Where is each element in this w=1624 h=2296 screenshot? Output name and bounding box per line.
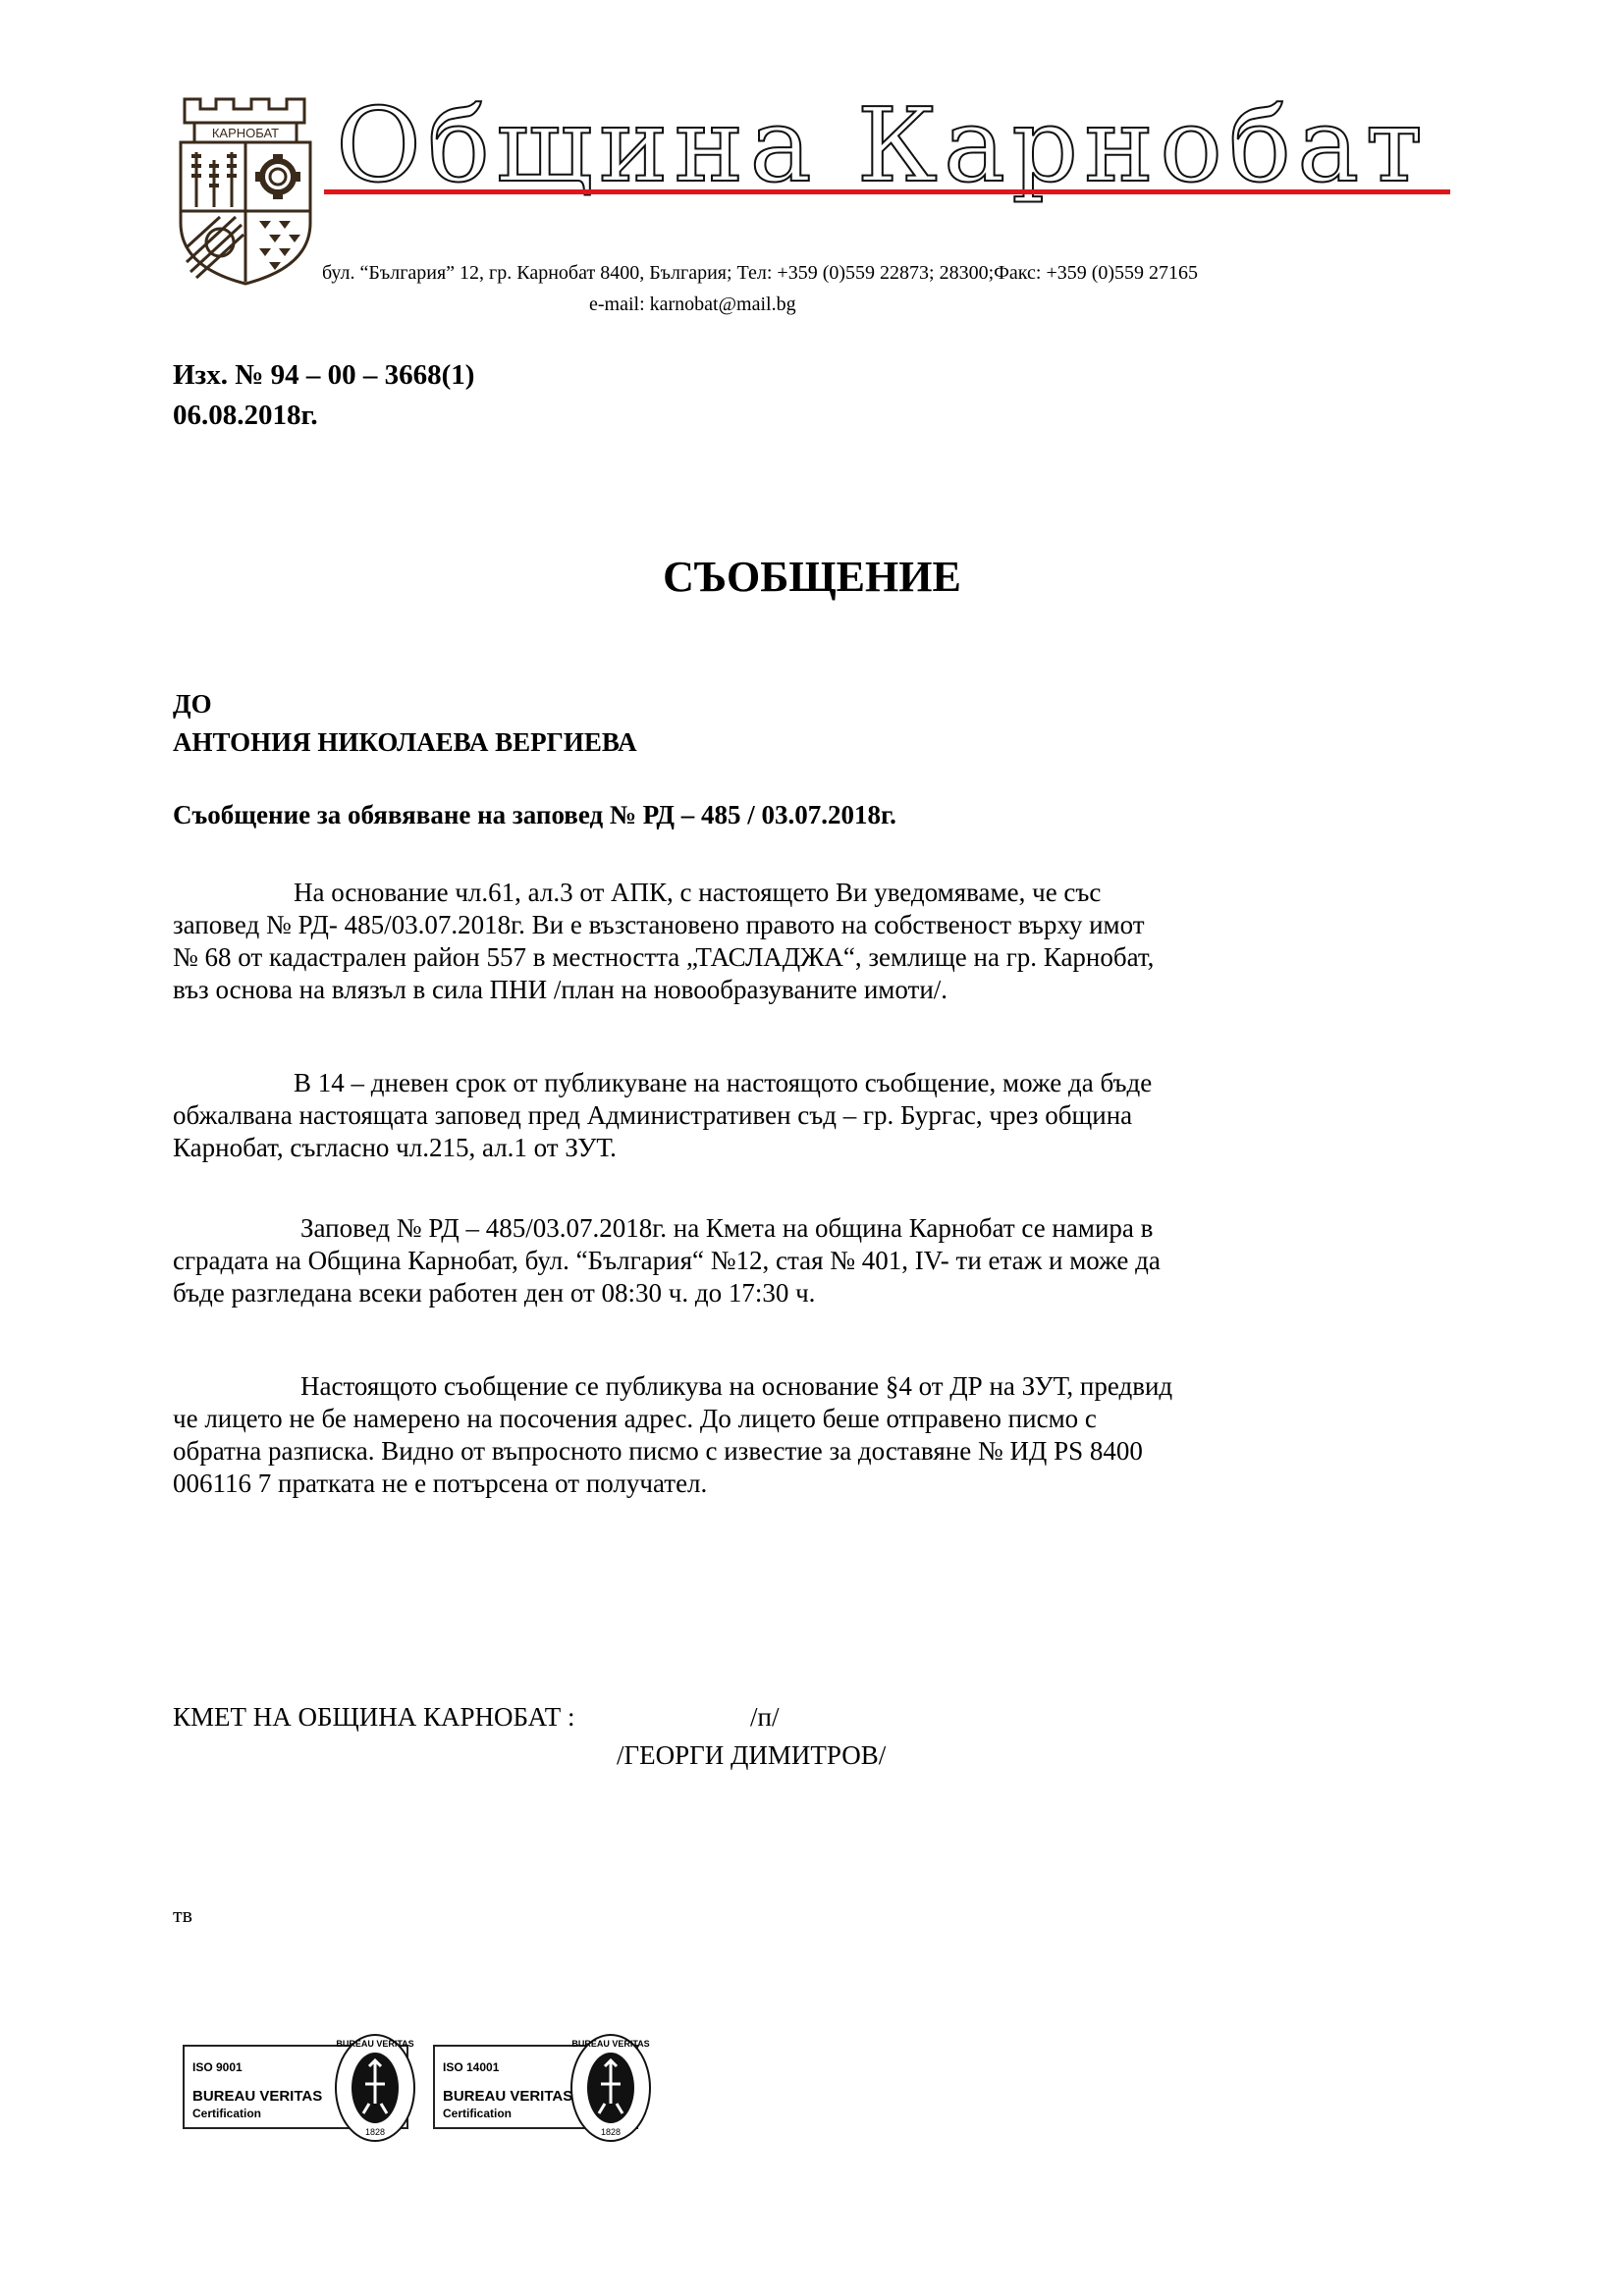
body-paragraph-publication-basis: Настоящото съобщение се публикува на осн… — [173, 1370, 1420, 1500]
cert-org: BUREAU VERITAS — [192, 2088, 322, 2105]
signed-mark: /п/ — [750, 1702, 779, 1733]
paragraph-line: Настоящото съобщение се публикува на осн… — [173, 1370, 1420, 1403]
cert-subtitle: Certification — [192, 2107, 261, 2120]
svg-text:1828: 1828 — [601, 2127, 621, 2137]
outgoing-reference-number: Изх. № 94 – 00 – 3668(1) — [173, 359, 474, 392]
body-paragraph-legal-basis: На основание чл.61, ал.3 от АПК, с насто… — [173, 877, 1420, 1006]
document-subject: Съобщение за обявяване на заповед № РД –… — [173, 800, 896, 830]
paragraph-line: Заповед № РД – 485/03.07.2018г. на Кмета… — [173, 1212, 1420, 1245]
paragraph-line: Карнобат, съгласно чл.215, ал.1 от ЗУТ. — [173, 1132, 1420, 1164]
cert-subtitle: Certification — [443, 2107, 512, 2120]
bureau-veritas-seal-icon: BUREAU VERITAS 1828 — [334, 2033, 416, 2143]
bureau-veritas-seal-icon: BUREAU VERITAS 1828 — [569, 2033, 652, 2143]
municipality-address: бул. “България” 12, гр. Карнобат 8400, Б… — [322, 262, 1198, 285]
reference-date: 06.08.2018г. — [173, 400, 318, 432]
iso-14001-certification-badge: ISO 14001 BUREAU VERITAS Certification B… — [433, 2045, 638, 2129]
header-divider — [324, 189, 1450, 194]
paragraph-line: бъде разгледана всеки работен ден от 08:… — [173, 1277, 1420, 1309]
svg-text:1828: 1828 — [365, 2127, 385, 2137]
author-initials: тв — [173, 1902, 192, 1928]
cert-standard: ISO 9001 — [192, 2060, 243, 2074]
paragraph-line: 006116 7 пратката не е потърсена от полу… — [173, 1468, 1420, 1500]
paragraph-line: че лицето не бе намерено на посочения ад… — [173, 1403, 1420, 1435]
signatory-name: /ГЕОРГИ ДИМИТРОВ/ — [617, 1740, 886, 1771]
body-paragraph-order-location: Заповед № РД – 485/03.07.2018г. на Кмета… — [173, 1212, 1420, 1309]
municipality-crest-logo: КАРНОБАТ — [177, 95, 314, 287]
paragraph-line: № 68 от кадастрален район 557 в местност… — [173, 941, 1420, 974]
cert-standard: ISO 14001 — [443, 2060, 499, 2074]
svg-text:КАРНОБАТ: КАРНОБАТ — [212, 126, 279, 140]
body-paragraph-appeal-term: В 14 – дневен срок от публикуване на нас… — [173, 1067, 1420, 1164]
addressee-label: ДО — [173, 689, 212, 720]
paragraph-line: заповед № РД- 485/03.07.2018г. Ви е възс… — [173, 909, 1420, 941]
paragraph-line: сградата на Община Карнобат, бул. “Бълга… — [173, 1245, 1420, 1277]
paragraph-line: В 14 – дневен срок от публикуване на нас… — [173, 1067, 1420, 1099]
svg-text:BUREAU VERITAS: BUREAU VERITAS — [571, 2039, 649, 2049]
municipality-name-title: Община Карнобат — [336, 94, 1429, 196]
cert-org: BUREAU VERITAS — [443, 2088, 572, 2105]
signatory-title: КМЕТ НА ОБЩИНА КАРНОБАТ : — [173, 1702, 575, 1733]
paragraph-line: обжалвана настоящата заповед пред Админи… — [173, 1099, 1420, 1132]
addressee-name: АНТОНИЯ НИКОЛАЕВА ВЕРГИЕВА — [173, 727, 637, 758]
paragraph-line: На основание чл.61, ал.3 от АПК, с насто… — [173, 877, 1420, 909]
paragraph-line: обратна разписка. Видно от въпросното пи… — [173, 1435, 1420, 1468]
document-title: СЪОБЩЕНИЕ — [0, 552, 1624, 602]
paragraph-line: въз основа на влязъл в сила ПНИ /план на… — [173, 974, 1420, 1006]
iso-9001-certification-badge: ISO 9001 BUREAU VERITAS Certification BU… — [183, 2045, 408, 2129]
municipality-email: e-mail: karnobat@mail.bg — [589, 294, 796, 316]
svg-text:BUREAU VERITAS: BUREAU VERITAS — [336, 2039, 413, 2049]
